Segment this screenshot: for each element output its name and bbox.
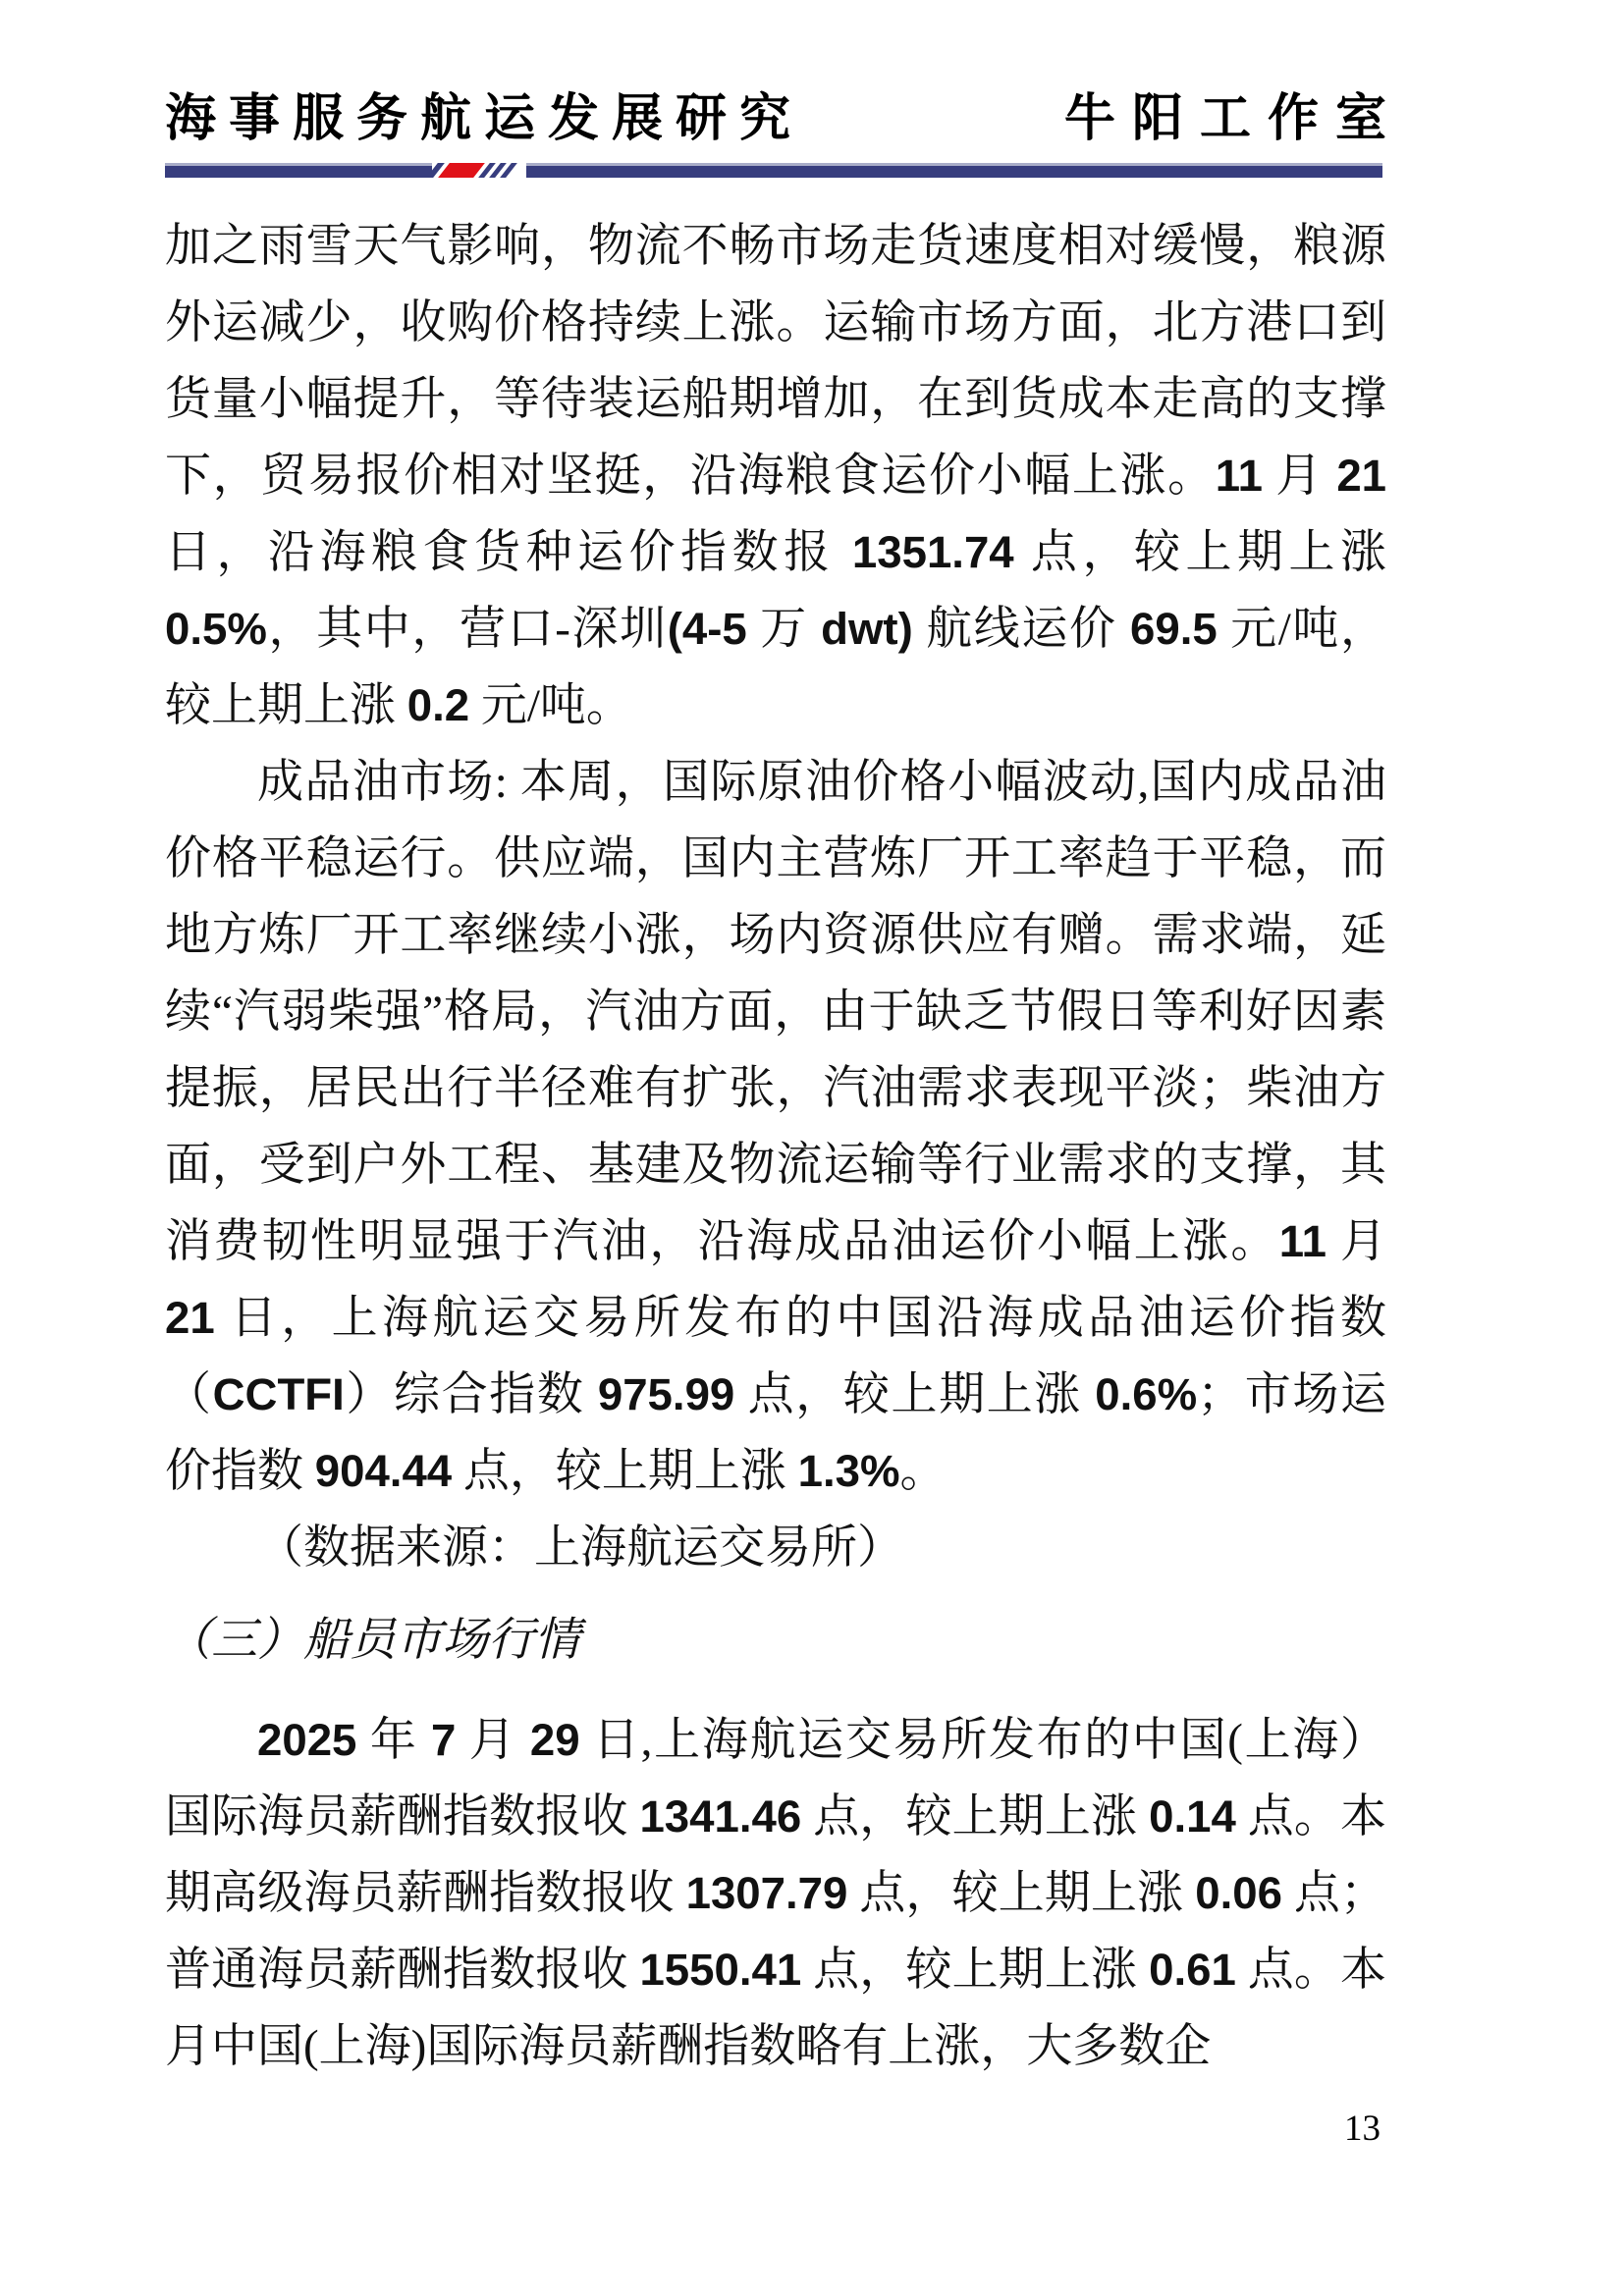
numeric-value: dwt): [821, 604, 913, 654]
numeric-value: 2025: [257, 1715, 356, 1765]
numeric-value: 0.5%: [165, 604, 267, 654]
divider-accent-decoration: [432, 163, 526, 178]
document-body: 加之雨雪天气影响，物流不畅市场走货速度相对缓慢，粮源外运减少，收购价格持续上涨。…: [165, 208, 1386, 2085]
numeric-value: 1307.79: [686, 1868, 848, 1918]
numeric-value: 21: [165, 1293, 215, 1343]
numeric-value: 1341.46: [639, 1791, 801, 1842]
section-heading: （三）船员市场行情: [165, 1602, 1386, 1679]
numeric-value: 1351.74: [852, 527, 1014, 577]
numeric-value: 904.44: [315, 1446, 452, 1496]
numeric-value: 0.06: [1195, 1868, 1282, 1918]
numeric-value: CCTFI: [213, 1369, 345, 1419]
numeric-value: 0.6%: [1095, 1369, 1197, 1419]
paragraph: （数据来源：上海航运交易所）: [165, 1510, 1386, 1586]
page-header: 海事服务航运发展研究 牛阳工作室: [165, 90, 1386, 149]
paragraph: 加之雨雪天气影响，物流不畅市场走货速度相对缓慢，粮源外运减少，收购价格持续上涨。…: [165, 208, 1386, 744]
page-number: 13: [1344, 2110, 1380, 2147]
numeric-value: 975.99: [598, 1369, 734, 1419]
header-right-title: 牛阳工作室: [1064, 90, 1403, 149]
numeric-value: 0.2: [407, 680, 469, 730]
header-divider-rule: [165, 163, 1382, 178]
numeric-value: 11: [1216, 451, 1263, 501]
numeric-value: 11: [1279, 1216, 1326, 1266]
numeric-value: 0.61: [1149, 1945, 1236, 1995]
accent-red-stripe: [438, 163, 485, 178]
numeric-value: 1550.41: [639, 1945, 801, 1995]
paragraph: 2025 年 7 月 29 日,上海航运交易所发布的中国(上海）国际海员薪酬指数…: [165, 1702, 1386, 2085]
numeric-value: 1.3%: [798, 1446, 900, 1496]
paragraph: 成品油市场: 本周，国际原油价格小幅波动,国内成品油价格平稳运行。供应端，国内主…: [165, 744, 1386, 1510]
numeric-value: (4-5: [668, 604, 747, 654]
numeric-value: 69.5: [1130, 604, 1218, 654]
numeric-value: 7: [431, 1715, 456, 1765]
numeric-value: 21: [1336, 451, 1386, 501]
numeric-value: 0.14: [1149, 1791, 1236, 1842]
header-left-title: 海事服务航运发展研究: [165, 90, 803, 149]
page: 海事服务航运发展研究 牛阳工作室 加之雨雪天气影响，物流不畅市场走货速度相对缓慢…: [165, 0, 1386, 2296]
numeric-value: 29: [530, 1715, 580, 1765]
